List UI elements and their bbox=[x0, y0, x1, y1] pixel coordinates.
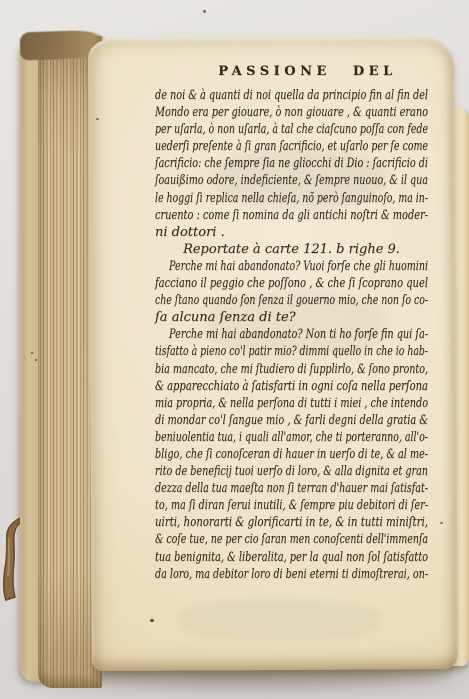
text-line: mia propria, & nella perſona di tutti i … bbox=[155, 395, 428, 412]
text-line: to, ma ſi diran ſerui inutili, & ſempre … bbox=[155, 497, 428, 514]
text-line: per uſarla, ò non uſarla, à tal che ciaſ… bbox=[155, 121, 428, 138]
text-line: & coſe tue, ne per cio ſaran men conoſce… bbox=[155, 531, 428, 548]
text-line: Perche mi hai abandonato? Vuoi forſe che… bbox=[169, 258, 428, 275]
text-line: ſacrificio: che ſempre ſia ne gliocchi d… bbox=[155, 155, 428, 172]
foxing-speck bbox=[96, 118, 99, 120]
text-line: che ſtano quando ſon ſenza il gouerno mi… bbox=[155, 292, 428, 309]
text-line: Mondo era per giouare, ò non giouare , &… bbox=[155, 104, 428, 121]
foxing-speck bbox=[203, 10, 206, 13]
text-line: tua benignita, & liberalita, per la qual… bbox=[155, 549, 428, 566]
text-line: bia mancato, che mi ſtudiero di ſupplirl… bbox=[155, 361, 428, 378]
text-line: di mondar co'l ſangue mio , & farli degn… bbox=[155, 412, 428, 429]
text-line: facciano il peggio che poſſono , & che ſ… bbox=[155, 275, 428, 292]
text-line: ni dottori . bbox=[155, 224, 225, 241]
foxing-speck bbox=[440, 522, 443, 524]
text-line: le hoggi ſi replica nella chieſa, nõ per… bbox=[155, 190, 428, 207]
text-line: uirti, honorarti & glorificarti in te, &… bbox=[155, 514, 428, 531]
text-line: beniuolentia tua, i quali all'amor, che … bbox=[155, 429, 428, 446]
text-line: Reportate à carte 121. b righe 9. bbox=[183, 241, 400, 258]
foxing-speck bbox=[31, 352, 33, 354]
text-line: de noi & à quanti di noi quella da princ… bbox=[155, 87, 428, 104]
text-line: uederſi preſente à ſi gran ſacrificio, e… bbox=[155, 138, 428, 155]
text-line: rito de beneficij tuoi uerſo di loro, & … bbox=[155, 463, 428, 480]
wormhole-speck bbox=[150, 619, 154, 622]
text-line: & apparecchiato à ſatisfarti in ogni coſ… bbox=[155, 378, 428, 395]
text-line: da loro, ma debitor loro di beni eterni … bbox=[155, 566, 428, 583]
running-header: PASSIONE DEL bbox=[158, 64, 431, 79]
foxing-speck bbox=[35, 359, 37, 361]
text-line: Perche mi hai abandonato? Non ti ho forſ… bbox=[169, 326, 428, 343]
text-line: bligo, che ſi conoſceran di hauer in uer… bbox=[155, 446, 428, 463]
text-block: de noi & à quanti di noi quella da princ… bbox=[155, 87, 428, 583]
text-line: ſa alcuna ſenza di te? bbox=[155, 309, 296, 326]
text-line: tisfatto à pieno co'l patir mio? dimmi q… bbox=[155, 343, 428, 360]
text-line: ſoauißimo odore, indeficiente, & ſempre … bbox=[155, 172, 428, 189]
text-line: dezza della tua maeſta non ſi terran d'h… bbox=[155, 480, 428, 497]
photograph-background: PASSIONE DEL de noi & à quanti di noi qu… bbox=[0, 0, 469, 699]
tie-highlight bbox=[8, 538, 9, 576]
text-line: cruento : come ſi nomina da gli antichi … bbox=[155, 207, 428, 224]
